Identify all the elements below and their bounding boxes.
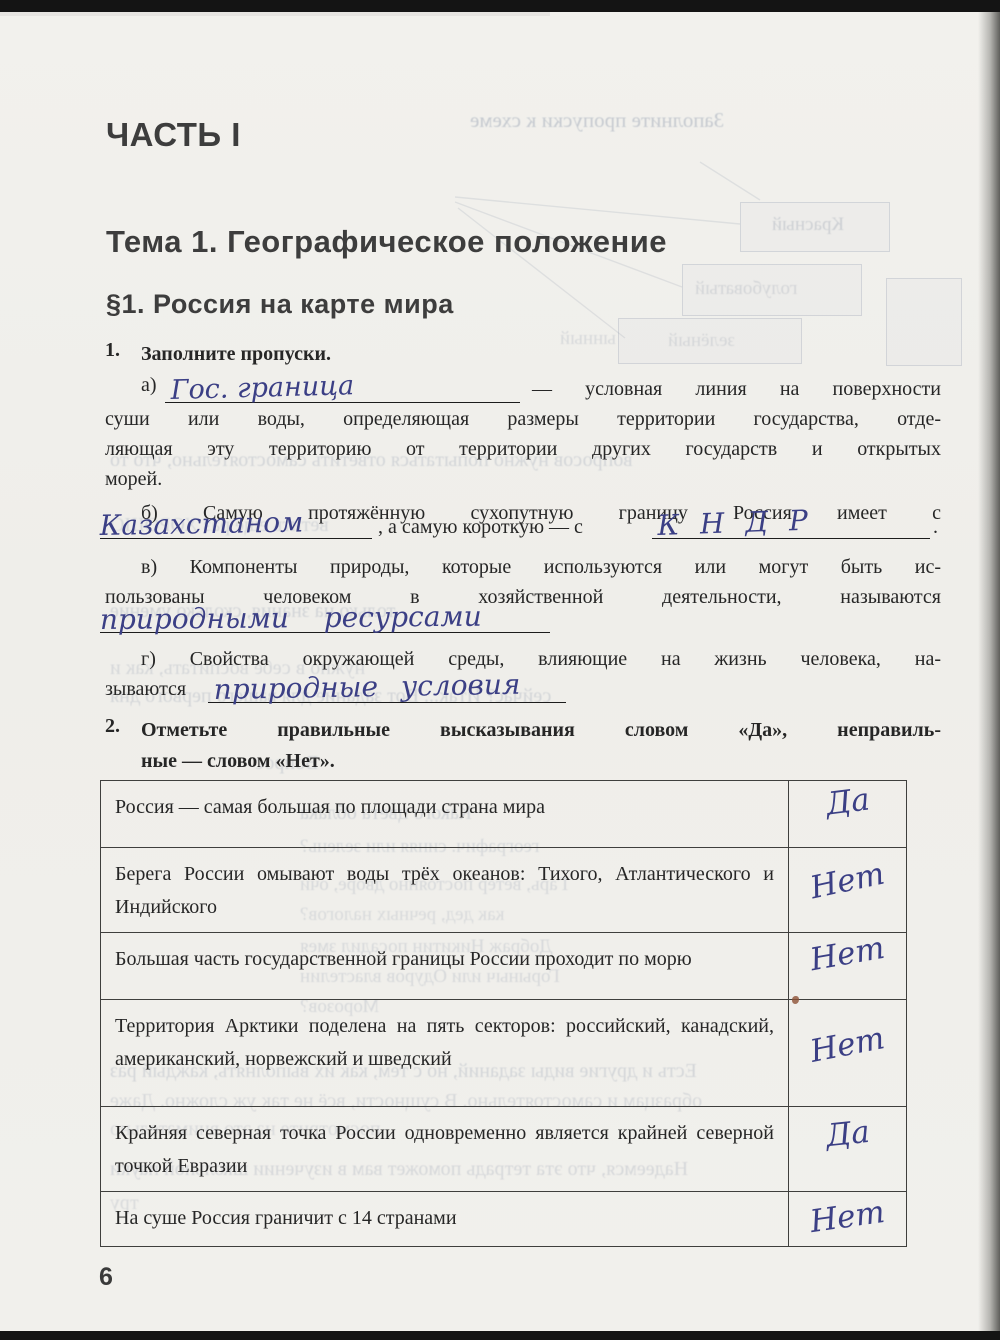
item-v-line1: в) Компоненты природы, которые использую… bbox=[105, 552, 941, 582]
task2-number: 2. bbox=[105, 715, 120, 738]
bleedthrough-box bbox=[886, 278, 962, 366]
statement-cell: Берега России омывают воды трёх океанов:… bbox=[101, 848, 789, 933]
answer-cell: Да bbox=[789, 781, 907, 848]
handwritten-answer: Нет bbox=[808, 933, 887, 976]
table-row: Россия — самая большая по площади страна… bbox=[101, 781, 907, 848]
task2-title-line2: ные — словом «Нет». bbox=[141, 746, 977, 776]
item-b-blank2: К Н Д Р bbox=[652, 494, 930, 539]
bleedthrough-text: ынный bbox=[560, 328, 616, 350]
bleedthrough-box bbox=[682, 264, 862, 316]
table-row: Берега России омывают воды трёх океанов:… bbox=[101, 848, 907, 933]
handwritten-answer: Да bbox=[824, 784, 871, 819]
statement-cell: Большая часть государственной границы Ро… bbox=[101, 933, 789, 1000]
table-row: Территория Арктики поделена на пять сект… bbox=[101, 1000, 907, 1107]
statement-cell: Крайняя северная точка России одновремен… bbox=[101, 1107, 789, 1192]
table-row: Крайняя северная точка России одновремен… bbox=[101, 1107, 907, 1192]
item-a-handwriting: Гос. граница bbox=[170, 370, 354, 406]
bleedthrough-text: зелёный bbox=[668, 330, 735, 352]
item-b-blank1: Казахстаном bbox=[100, 494, 372, 539]
handwritten-answer: Нет bbox=[808, 1197, 886, 1237]
item-a-blank: Гос. граница bbox=[165, 360, 520, 403]
item-a-line3: ляющая эту территорию от территории друг… bbox=[105, 434, 941, 464]
paper-background: Заполните пропуски к схемеКрасныйголубов… bbox=[0, 12, 1000, 1331]
handwritten-answer: Да bbox=[824, 1117, 871, 1151]
part-heading: ЧАСТЬ I bbox=[106, 116, 241, 154]
scanned-workbook-page: { "page": { "number": "6", "part_heading… bbox=[0, 0, 1000, 1340]
answer-cell: Да bbox=[789, 1107, 907, 1192]
bleedthrough-text: Красный bbox=[772, 214, 844, 236]
task1-number: 1. bbox=[105, 339, 120, 362]
statements-table: Россия — самая большая по площади страна… bbox=[100, 780, 907, 1247]
handwritten-answer: Нет bbox=[808, 1023, 887, 1067]
statement-cell: На суше Россия граничит с 14 странами bbox=[101, 1192, 789, 1247]
item-v-handwriting: природными ресурсами bbox=[100, 600, 482, 636]
item-b-end-dot: . bbox=[933, 512, 943, 542]
bleedthrough-text: Заполните пропуски к схеме bbox=[470, 108, 724, 133]
table-row: Большая часть государственной границы Ро… bbox=[101, 933, 907, 1000]
bleedthrough-text: голубоватый bbox=[695, 278, 797, 300]
statement-cell: Территория Арктики поделена на пять сект… bbox=[101, 1000, 789, 1107]
table-row: На суше Россия граничит с 14 странами Не… bbox=[101, 1192, 907, 1247]
answer-cell: Нет bbox=[789, 1192, 907, 1247]
section-heading: §1. Россия на карте мира bbox=[106, 289, 454, 320]
item-a-text-after: — условная линия на поверхности bbox=[532, 374, 941, 404]
statement-cell: Россия — самая большая по площади страна… bbox=[101, 781, 789, 848]
answer-cell: Нет bbox=[789, 933, 907, 1000]
scan-top-highlight bbox=[0, 12, 550, 16]
item-g-handwriting: природные условия bbox=[213, 668, 520, 706]
answer-cell: Нет bbox=[789, 1000, 907, 1107]
item-a-label: а) bbox=[141, 374, 157, 397]
bleedthrough-box bbox=[618, 318, 802, 364]
task2-title-line1: Отметьте правильные высказывания словом … bbox=[141, 715, 941, 745]
item-b-handwriting1: Казахстаном bbox=[99, 505, 303, 542]
handwritten-answer: Нет bbox=[808, 859, 887, 904]
answer-cell: Нет bbox=[789, 848, 907, 933]
item-g-blank: природные условия bbox=[208, 660, 566, 703]
item-b-mid-text: , а самую короткую — с bbox=[378, 512, 648, 542]
page-number: 6 bbox=[99, 1263, 113, 1292]
item-a-line2: суши или воды, определяющая размеры терр… bbox=[105, 404, 941, 434]
theme-heading: Тема 1. Географическое положение bbox=[106, 224, 667, 260]
item-a-line4: морей. bbox=[105, 464, 941, 494]
bleedthrough-box bbox=[740, 202, 890, 252]
item-v-blank: природными ресурсами bbox=[100, 590, 550, 633]
item-g-line2-prefix: зываются bbox=[105, 674, 225, 704]
item-b-handwriting2: К Н Д Р bbox=[657, 504, 814, 542]
